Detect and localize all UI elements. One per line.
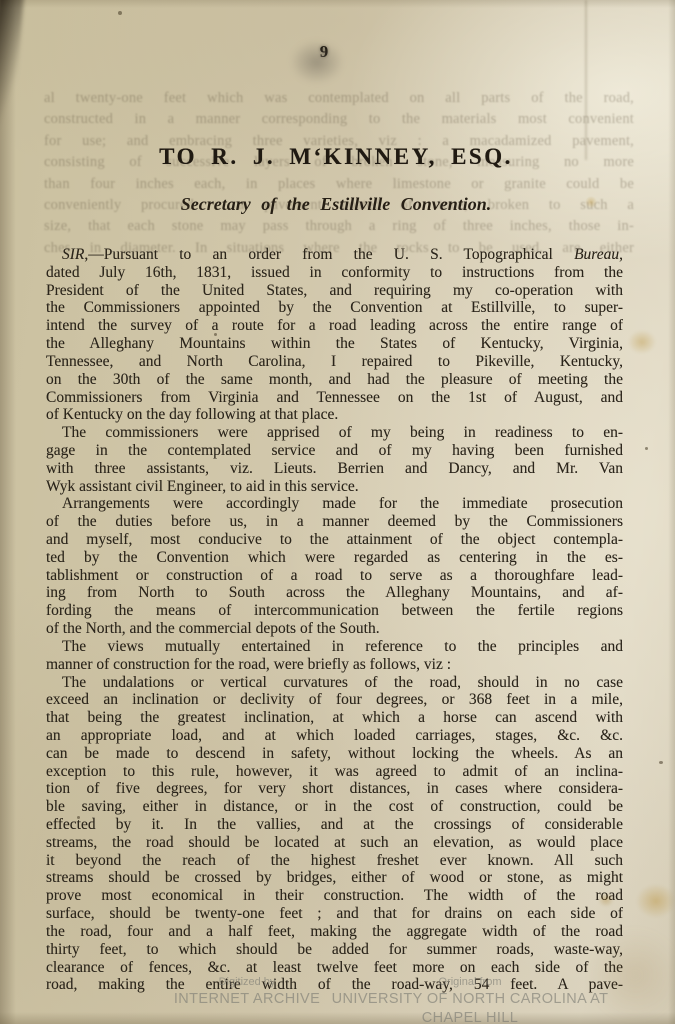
bleedthrough-line: than four inches each, in places where l… xyxy=(44,174,634,195)
body-line: the road, four and a half feet, making t… xyxy=(46,923,623,941)
body-line: The views mutually entertained in refere… xyxy=(46,638,623,656)
body-line: of Kentucky on the day following at that… xyxy=(46,406,623,424)
body-line: fording the means of intercommunication … xyxy=(46,602,623,620)
body-line: prove most economical in their construct… xyxy=(46,887,623,905)
body-line: The undalations or vertical curvatures o… xyxy=(46,674,623,692)
body-line: Wyk assistant civil Engineer, to aid in … xyxy=(46,478,623,496)
bleedthrough-line: size, that each stone may pass through a… xyxy=(44,216,634,237)
body-line: the Alleghany Mountains within the State… xyxy=(46,335,623,353)
body-line: of the North, and the commercial depots … xyxy=(46,620,623,638)
body-line: an appropriate load, and at which loaded… xyxy=(46,727,623,745)
watermark-label: UNIVERSITY OF NORTH CAROLINA AT xyxy=(320,991,620,1008)
body-line: that being the greatest inclination, at … xyxy=(46,709,623,727)
body-line: President of the United States, and requ… xyxy=(46,282,623,300)
page-edge-left xyxy=(0,0,16,1024)
body-line: ble saving, either in distance, or in th… xyxy=(46,798,623,816)
paper-stain xyxy=(628,330,656,354)
body-line: of the duties before us, in a manner dee… xyxy=(46,513,623,531)
body-line: streams, the road should be located at s… xyxy=(46,834,623,852)
paper-speck xyxy=(645,447,648,450)
body-line: SIR,—Pursuant to an order from the U. S.… xyxy=(46,246,623,264)
watermark-university: Original from UNIVERSITY OF NORTH CAROLI… xyxy=(320,976,620,1024)
body-line: the Commissioners appointed by the Conve… xyxy=(46,299,623,317)
watermark-label: Original from xyxy=(320,976,620,989)
body-text: SIR,—Pursuant to an order from the U. S.… xyxy=(46,246,623,994)
page-edge-top xyxy=(0,0,675,8)
paper-speck xyxy=(118,11,122,15)
body-line: exception to this rule, however, it was … xyxy=(46,763,623,781)
body-line: tablishment or construction of a road to… xyxy=(46,567,623,585)
body-line: can be made to descend in safety, withou… xyxy=(46,745,623,763)
body-line: dated July 16th, 1831, issued in conform… xyxy=(46,264,623,282)
body-line: Commissioners from Virginia and Tennesse… xyxy=(46,389,623,407)
paper-stain xyxy=(598,893,614,907)
body-line: Arrangements were accordingly made for t… xyxy=(46,495,623,513)
body-line: it beyond the reach of the highest fresh… xyxy=(46,852,623,870)
body-line: manner of construction for the road, wer… xyxy=(46,656,623,674)
paper-stain xyxy=(585,196,597,208)
ink-smudge xyxy=(290,40,344,84)
bleedthrough-text: al twenty-one feet which was contemplate… xyxy=(44,88,634,259)
body-line: thirty feet, to which should be added fo… xyxy=(46,941,623,959)
body-line: streams should be crossed by bridges, ei… xyxy=(46,869,623,887)
watermark-label: CHAPEL HILL xyxy=(320,1010,620,1024)
page-title: TO R. J. M‘KINNEY, ESQ. xyxy=(0,144,672,170)
page-edge-right xyxy=(668,0,675,1024)
body-line: ted by the Convention which were regarde… xyxy=(46,549,623,567)
body-line: with three assistants, viz. Lieuts. Berr… xyxy=(46,460,623,478)
body-line: Tennessee, and North Carolina, I repaire… xyxy=(46,353,623,371)
body-line: tion of five degrees, for very short dis… xyxy=(46,780,623,798)
body-line: gage in the contemplated service and of … xyxy=(46,442,623,460)
body-line: intend the survey of a route for a road … xyxy=(46,317,623,335)
body-line: effected by it. In the vallies, and at t… xyxy=(46,816,623,834)
page-subtitle: Secretary of the Estillville Convention. xyxy=(0,194,672,215)
paper-speck xyxy=(214,333,217,336)
paper-speck xyxy=(77,816,80,819)
body-line: exceed an inclination or declivity of fo… xyxy=(46,691,623,709)
page-corner-shadow xyxy=(0,0,24,141)
body-line: ing from North to South across the Alleg… xyxy=(46,584,623,602)
scanned-document-page: al twenty-one feet which was contemplate… xyxy=(0,0,675,1024)
body-line: clearance of fences, &c. at least twelve… xyxy=(46,959,623,977)
paper-speck xyxy=(659,761,663,764)
body-line: The commissioners were apprised of my be… xyxy=(46,424,623,442)
body-line: and myself, most conducive to the attain… xyxy=(46,531,623,549)
body-line: surface, should be twenty-one feet ; and… xyxy=(46,905,623,923)
body-line: on the 30th of the same month, and had t… xyxy=(46,371,623,389)
bleedthrough-line: al twenty-one feet which was contemplate… xyxy=(44,88,634,109)
bleedthrough-line: constructed in a manner corresponding to… xyxy=(44,109,634,130)
paper-crease xyxy=(585,0,587,160)
